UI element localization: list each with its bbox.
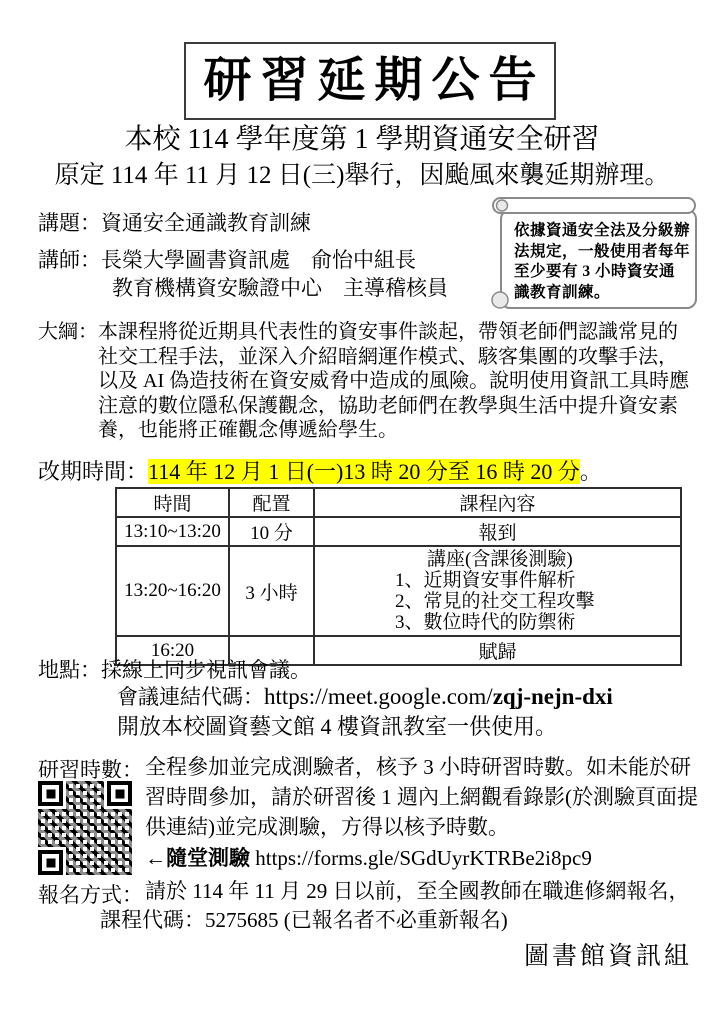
col-header-content: 課程內容 [314,488,681,517]
footer-signature: 圖書館資訊組 [524,936,692,972]
meet-code: zqj-nejn-dxi [493,684,613,709]
location-line3: 開放本校圖資藝文館 4 樓資訊教室一供使用。 [117,710,557,741]
law-note-text: 依據資通安全法及分級辦法規定，一般使用者每年至少要有 3 小時資安通識教育訓練。 [514,221,690,303]
credit-hours-label: 研習時數： [38,754,143,784]
cell-time: 13:20~16:20 [116,546,229,636]
lecture-content-lines: 講座(含課後測驗) 1、近期資安事件解析 2、常見的社交工程攻擊 3、數位時代的… [315,547,680,635]
outline-label: 大綱： [38,321,98,343]
location-label: 地點： [38,658,101,682]
table-row: 13:10~13:20 10 分 報到 [116,517,681,546]
registration-text: 請於 114 年 11 月 29 日以前，至全國教師在職進修網報名，課程代碼：5… [100,877,696,935]
quiz-link[interactable]: https://forms.gle/SGdUyrKTRBe2i8pc9 [255,846,592,870]
schedule-table: 時間 配置 課程內容 13:10~13:20 10 分 報到 13:20~16:… [115,487,682,666]
outline-paragraph: 大綱：本課程將從近期具代表性的資安事件談起，帶領老師們認識常見的社交工程手法，並… [38,320,696,443]
qr-finder-icon [38,850,63,875]
law-note-scroll: 依據資通安全法及分級辦法規定，一般使用者每年至少要有 3 小時資安通識教育訓練。 [489,195,708,317]
postponement-notice: 原定 114 年 11 月 12 日(三)舉行，因颱風來襲延期辦理。 [0,155,724,191]
lecturer-label: 講師： [38,248,101,272]
qr-finder-icon [38,781,63,806]
cell-allocation: 10 分 [229,517,314,546]
meeting-link-row: 會議連結代碼：https://meet.google.com/zqj-nejn-… [117,681,613,711]
page-title: 研習延期公告 [194,57,545,105]
meet-link[interactable]: https://meet.google.com/zqj-nejn-dxi [264,684,613,709]
topic-row: 講題：資通安全通識教育訓練 [38,207,311,237]
quiz-arrow-label: ←隨堂測驗 [145,846,250,870]
cell-time: 13:10~13:20 [116,517,229,546]
topic-value: 資通安全通識教育訓練 [101,211,311,235]
location-line1: 採線上同步視訊會議。 [101,658,311,682]
col-header-time: 時間 [116,488,229,517]
table-row: 13:20~16:20 3 小時 講座(含課後測驗) 1、近期資安事件解析 2、… [116,546,681,636]
qr-finder-icon [107,781,132,806]
meeting-link-label: 會議連結代碼： [117,685,264,709]
cell-content: 講座(含課後測驗) 1、近期資安事件解析 2、常見的社交工程攻擊 3、數位時代的… [314,546,681,636]
title-box: 研習延期公告 [184,42,556,120]
lecturer-line1: 長榮大學圖書資訊處 俞怡中組長 [101,248,416,272]
quiz-qr-code-icon [38,781,132,875]
quiz-link-row: ←隨堂測驗 https://forms.gle/SGdUyrKTRBe2i8pc… [145,842,592,872]
reschedule-suffix: 。 [580,459,602,484]
cell-content: 賦歸 [314,636,681,665]
cell-allocation: 3 小時 [229,546,314,636]
location-row: 地點：採線上同步視訊會議。 [38,654,311,684]
reschedule-highlight: 114 年 12 月 1 日(一)13 時 20 分至 16 時 20 分 [148,459,580,484]
lecturer-row: 講師：長榮大學圖書資訊處 俞怡中組長 [38,244,416,274]
reschedule-row: 改期時間：114 年 12 月 1 日(一)13 時 20 分至 16 時 20… [38,455,602,486]
col-header-allocation: 配置 [229,488,314,517]
outline-text: 本課程將從近期具代表性的資安事件談起，帶領老師們認識常見的社交工程手法，並深入介… [98,321,689,441]
cell-content: 報到 [314,517,681,546]
announcement-page: 研習延期公告 本校 114 學年度第 1 學期資通安全研習 原定 114 年 1… [0,0,724,1024]
reschedule-label: 改期時間： [38,459,148,484]
credit-hours-text: 全程參加並完成測驗者，核予 3 小時研習時數。如未能於研習時間參加，請於研習後 … [145,752,698,842]
event-subtitle: 本校 114 學年度第 1 學期資通安全研習 [0,117,724,157]
topic-label: 講題： [38,211,101,235]
schedule-header-row: 時間 配置 課程內容 [116,488,681,517]
lecturer-line2: 教育機構資安驗證中心 主導稽核員 [112,272,448,302]
